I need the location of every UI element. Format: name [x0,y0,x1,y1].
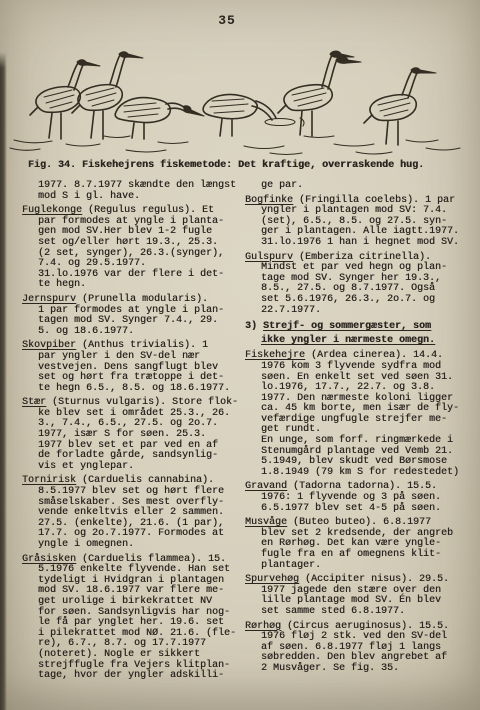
species-entry: Musvåge (Buteo buteo). 6.8.1977blev set … [245,518,478,571]
text-line: mod S i gl. have. [22,192,242,203]
text-line: 31.lo.1976 1 han i hegnet mod SV. [245,238,478,249]
continuation-paragraph: 1977. 8.7.1977 skændte den længstmod S i… [22,181,242,202]
species-name: Gråsisken [22,554,76,565]
species-entry: Gravand (Tadorna tadorna). 15.5.1976: 1 … [245,482,478,514]
text-line: 1.8.1949 (79 km S for redestedet) [245,468,478,479]
species-name: Stær [22,397,46,408]
species-entry: Rørhøg (Circus aeruginosus). 15.5.1976 f… [245,622,478,675]
species-name: Skovpiber [22,340,76,351]
text-line: fugle fra en af omegnens klit- [245,550,478,561]
figure-caption: Fig. 34. Fiskehejrens fiskemetode: Det k… [28,160,424,171]
text-line: 1976 kom 3 flyvende sydfra mod [245,362,478,373]
continuation-paragraph: ge par. [245,181,478,192]
species-name: Tornirisk [22,475,76,486]
text-line: 5. og 18.6.1977. [22,327,242,338]
species-entry: Stær (Sturnus vulgaris). Store flok-ke b… [22,398,242,472]
species-name: Gulspurv [245,252,293,263]
entry-first-line: Jernspurv (Prunella modularis). [22,295,242,306]
species-entry: Skovpiber (Anthus trivialis). 1par yngle… [22,341,242,394]
section-heading: 3) Strejf- og sommergæster, somikke yngl… [245,322,478,346]
species-entry: Tornirisk (Carduelis cannabina).8.5.1977… [22,476,242,550]
text-line: te hegn. [22,280,242,291]
text-line: (noteret). Nogle er sikkert [22,650,242,661]
species-entry: Gulspurv (Emberiza citrinella).Mindst et… [245,253,478,317]
text-line: set og/eller hørt 19.3., 25.3. [22,238,242,249]
text-line: set samme sted 6.8.1977. [245,607,478,618]
text-line: get urolige i birkekrattet NV [22,597,242,608]
heading-line: 3) Strejf- og sommergæster, som [245,322,478,333]
page-number: 35 [0,13,454,28]
heading-line: ikke yngler i nærmeste omegn. [245,336,478,347]
left-text-column: 1977. 8.7.1977 skændte den længstmod S i… [22,181,242,686]
text-line: ge par. [245,181,478,192]
text-line: te hegn 6.5., 8.5. og 18.6.1977. [22,384,242,395]
species-entry: Bogfinke (Fringilla coelebs). 1 paryngle… [245,196,478,249]
species-name: Gravand [245,481,287,492]
species-name: Rørhøg [245,621,281,632]
species-name: Bogfinke [245,195,293,206]
species-name: Musvåge [245,517,287,528]
text-line: vis et ynglepar. [22,462,242,473]
text-line: 2 Musvåger. Se fig. 35. [245,664,478,675]
species-entry: Spurvehøg (Accipiter nisus). 29.5.1977 j… [245,575,478,617]
book-page: 35 [0,0,480,710]
page-edge-shadow [0,52,7,710]
heading-text: ikke yngler i nærmeste omegn. [261,335,435,346]
species-name: Jernspurv [22,294,76,305]
species-name: Fuglekonge [22,205,82,216]
text-line: set 5.6.1976, 26.3., 2o.7. og [245,295,478,306]
text-line: 6.5.1977 blev set 4-5 på søen. [245,504,478,515]
species-entry: Gråsisken (Carduelis flammea). 15.5.1976… [22,555,242,682]
text-line: 1977. 8.7.1977 skændte den længst [22,181,242,192]
right-text-column: ge par.Bogfinke (Fringilla coelebs). 1 p… [245,181,478,679]
text-line: 22.7.1977. [245,306,478,317]
species-entry: Fiskehejre (Ardea cinerea). 14.4.1976 ko… [245,351,478,478]
text-line: tage, hvor der yngler adskilli- [22,671,242,682]
species-entry: Fuglekonge (Regulus regulus). Etpar form… [22,206,242,291]
text-line: yngle i omegnen. [22,540,242,551]
species-name: Fiskehejre [245,350,305,361]
text-line: par yngler i den SV-del nær [22,352,242,363]
species-entry: Jernspurv (Prunella modularis).1 par for… [22,295,242,337]
heading-text: Strejf- og sommergæster, som [263,321,431,332]
herons-fishing-illustration [8,46,472,160]
species-name: Spurvehøg [245,574,299,585]
text-line: plantager. [245,561,478,572]
